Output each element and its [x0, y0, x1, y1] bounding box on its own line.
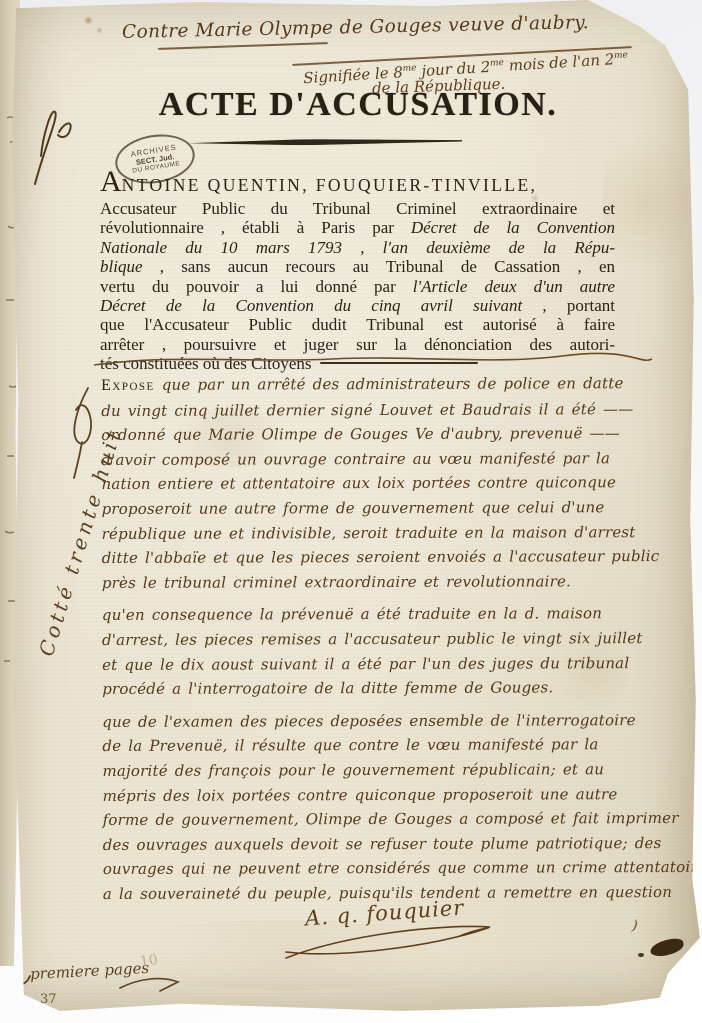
handwritten-line: ouvrages qui ne peuvent etre considérés …	[103, 855, 651, 882]
handwritten-line: ordonné que Marie Olimpe de Gouges Ve d'…	[101, 421, 649, 448]
handwritten-line: près le tribunal criminel extraordinaire…	[102, 569, 650, 596]
handwritten-line: forme de gouvernement, Olimpe de Gouges …	[103, 806, 651, 833]
printed-line: révolutionnaire , établi à Paris par Déc…	[100, 218, 615, 237]
printed-line: vertu du pouvoir a lui donné par l'Artic…	[100, 277, 615, 296]
scanned-document: Contre Marie Olympe de Gouges veuve d'au…	[0, 0, 702, 1023]
drop-initial: A	[100, 165, 122, 198]
handwritten-line: nation entiere et attentatoire aux loix …	[101, 470, 649, 497]
handwritten-line: Exposeque par un arrêté des administrate…	[101, 371, 649, 399]
pencil-folio-mark: 1	[648, 21, 661, 41]
footer-flourish-icon	[118, 974, 182, 994]
handwritten-line: des ouvrages auxquels devoit se refuser …	[103, 831, 651, 858]
handwritten-line: procédé a l'interrogatoire de la ditte f…	[102, 675, 650, 702]
pencil-number: 10	[139, 952, 159, 970]
handwritten-line: du vingt cinq juillet dernier signé Louv…	[101, 397, 649, 424]
handwritten-line: ditte l'abbaïe et que les pieces seroien…	[102, 544, 650, 571]
printed-paragraph: Accusateur Public du Tribunal Criminel e…	[100, 199, 615, 374]
handwritten-line: d'avoir composé un ouvrage contraire au …	[101, 446, 649, 473]
document-page: Contre Marie Olympe de Gouges veuve d'au…	[10, 0, 702, 1018]
printed-line: blique , sans aucun recours au Tribunal …	[100, 257, 615, 276]
handwritten-line: mépris des loix portées contre quiconque…	[103, 782, 651, 809]
margin-paraph-icon	[56, 382, 104, 482]
printed-line: que l'Accusateur Public dudit Tribunal e…	[100, 315, 615, 334]
folio-number: 37	[40, 992, 57, 1007]
handwritten-line: qu'en consequence la prévenuë a été trad…	[102, 601, 650, 628]
document-title: ACTE D'ACCUSATION.	[88, 86, 628, 124]
accuser-name-line: ANTOINE QUENTIN, FOUQUIER-TINVILLE,	[100, 169, 618, 196]
printed-line: Décret de la Convention du cinq avril su…	[100, 296, 615, 315]
signature-swash-icon	[278, 922, 496, 966]
handwritten-line: d'arrest, les pieces remises a l'accusat…	[102, 626, 650, 653]
expose-lead-word: Expose	[101, 377, 155, 394]
handwritten-line: et que le dix aoust suivant il a été par…	[102, 651, 650, 678]
handwritten-line: proposeroit une autre forme de gouvernem…	[102, 495, 650, 522]
handwritten-body: Exposeque par un arrêté des administrate…	[101, 371, 651, 906]
handwritten-line: de la Prevenuë, il résulte que contre le…	[102, 732, 650, 759]
printed-line: Nationale du 10 mars 1793 , l'an deuxièm…	[100, 238, 615, 257]
flourish-line-icon	[92, 350, 656, 370]
name-caps: NTOINE QUENTIN, FOUQUIER-TINVILLE,	[122, 175, 538, 195]
handwritten-line: république une et indivisible, seroit tr…	[102, 520, 650, 547]
handwritten-line: que de l'examen des pieces deposées ense…	[102, 708, 650, 735]
printed-line: Accusateur Public du Tribunal Criminel e…	[100, 199, 615, 218]
ink-blot-dot	[638, 953, 644, 957]
handwritten-line: majorité des françois pour le gouverneme…	[102, 757, 650, 784]
paraph-mark-icon	[25, 106, 81, 190]
